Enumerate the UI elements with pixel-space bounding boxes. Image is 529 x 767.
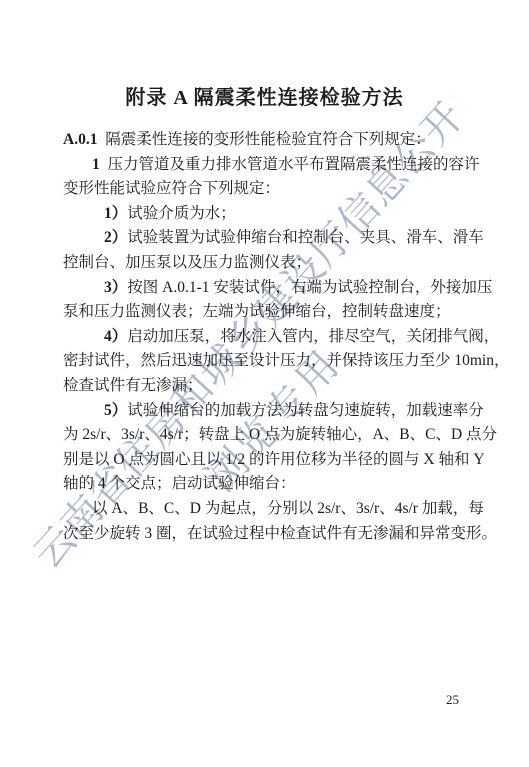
text-line: A.0.1 隔震柔性连接的变形性能检验宜符合下列规定： (63, 128, 467, 153)
text-line: 密封试件，然后迅速加压至设计压力，并保持该压力至少 10min， (63, 349, 467, 374)
clause-number: 1 (92, 156, 100, 173)
text-line: 为 2s/r、3s/r、4s/r；转盘上 O 点为旋转轴心，A、B、C、D 点分 (63, 423, 467, 448)
text-line: 变形性能试验应符合下列规定： (63, 177, 467, 202)
page-title: 附录 A 隔震柔性连接检验方法 (0, 81, 529, 110)
text-line: 控制台、加压泵以及压力监测仪表； (63, 251, 467, 276)
clause-number: A.0.1 (63, 131, 97, 148)
clause-number: 4） (104, 328, 127, 345)
text-line: 2）试验装置为试验伸缩台和控制台、夹具、滑车、滑车 (63, 226, 467, 251)
document-body: A.0.1 隔震柔性连接的变形性能检验宜符合下列规定：1 压力管道及重力排水管道… (63, 128, 467, 546)
text-line: 次至少旋转 3 圈，在试验过程中检查试件有无渗漏和异常变形。 (63, 522, 467, 547)
page-number: 25 (446, 692, 459, 708)
text-line: 检查试件有无渗漏； (63, 374, 467, 399)
text-line: 别是以 O 点为圆心且以 1/2 的许用位移为半径的圆与 X 轴和 Y (63, 448, 467, 473)
text-line: 泵和压力监测仪表；左端为试验伸缩台，控制转盘速度； (63, 300, 467, 325)
text-line: 4）启动加压泵，将水注入管内，排尽空气，关闭排气阀， (63, 325, 467, 350)
text-line: 以 A、B、C、D 为起点，分别以 2s/r、3s/r、4s/r 加载，每 (63, 497, 467, 522)
text-line: 1 压力管道及重力排水管道水平布置隔震柔性连接的容许 (63, 153, 467, 178)
clause-number: 2） (104, 229, 127, 246)
text-line: 1）试验介质为水； (63, 202, 467, 227)
text-line: 3）按图 A.0.1-1 安装试件，右端为试验控制台，外接加压 (63, 276, 467, 301)
document-page: 云南省住房和城乡建设厅信息公开 浏览专用 附录 A 隔震柔性连接检验方法 A.0… (0, 0, 529, 767)
text-line: 5）试验伸缩台的加载方法为转盘匀速旋转，加载速率分 (63, 399, 467, 424)
clause-number: 5） (104, 402, 127, 419)
clause-number: 1） (104, 205, 127, 222)
clause-number: 3） (104, 279, 127, 296)
text-line: 轴的 4 个交点；启动试验伸缩台： (63, 472, 467, 497)
